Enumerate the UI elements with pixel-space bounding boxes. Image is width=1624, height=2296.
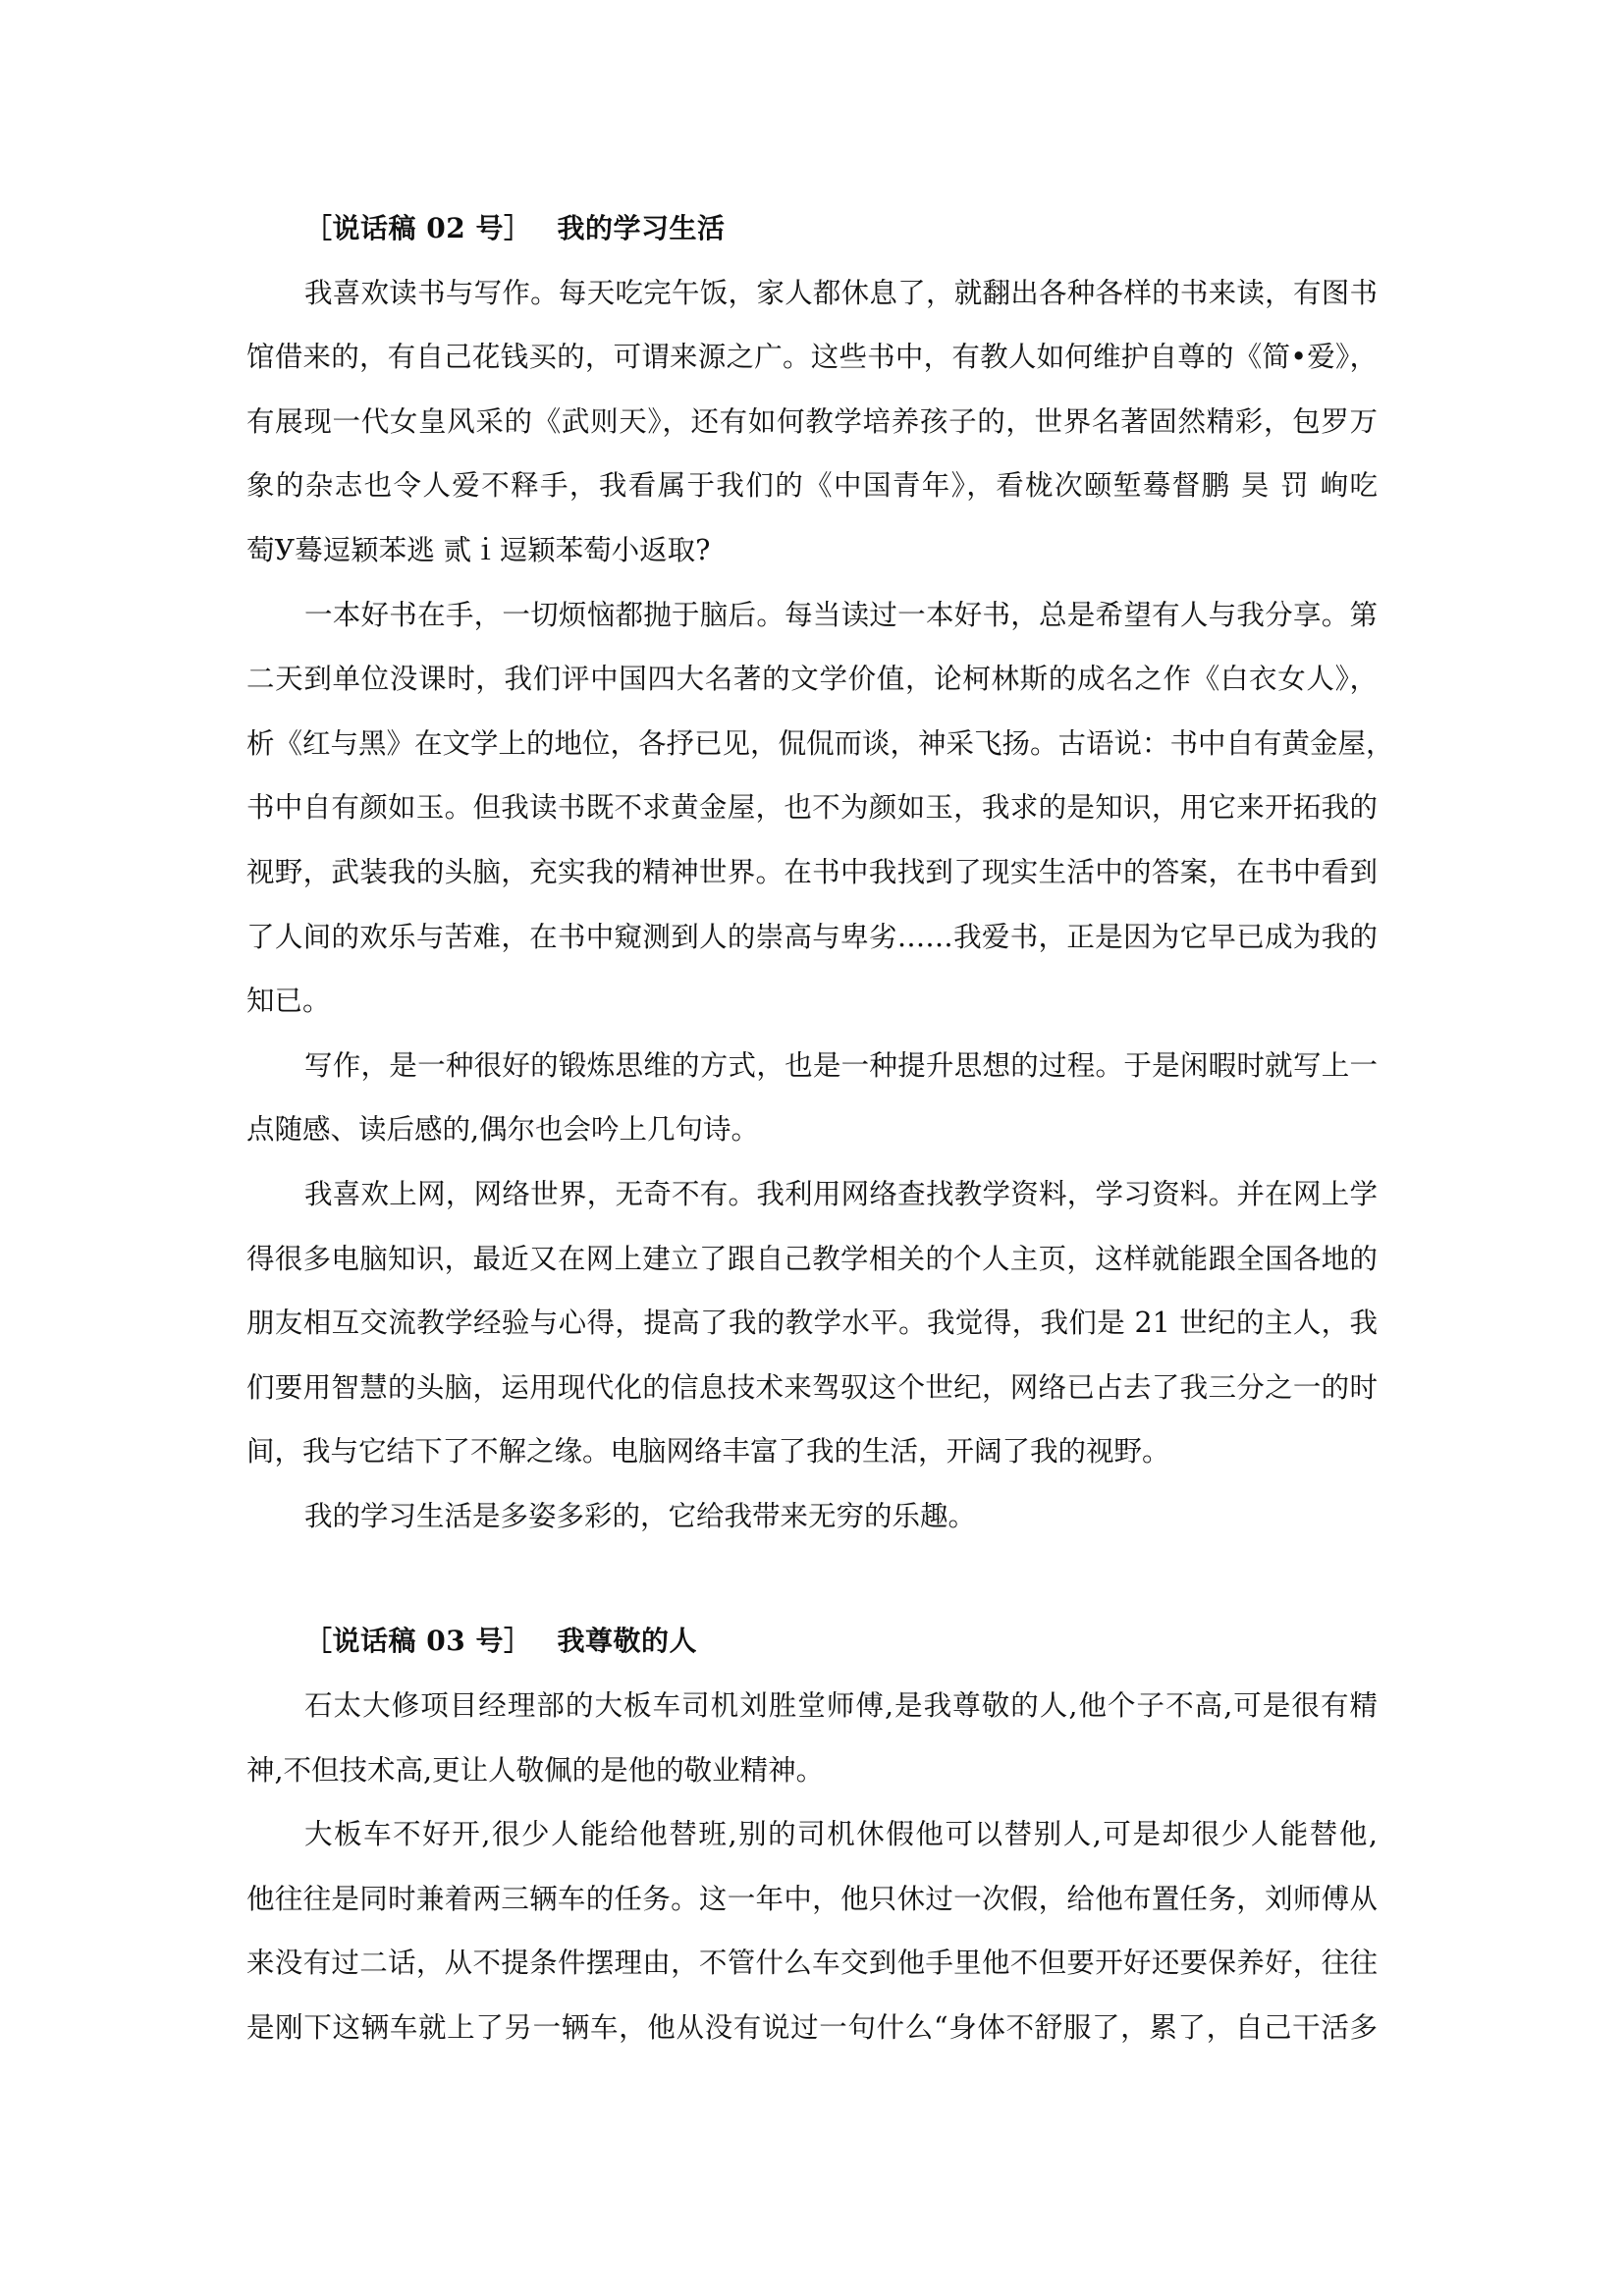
paragraph-line: 我喜欢读书与写作。每天吃完午饭，家人都休息了，就翻出各种各样的书来读，有图书: [246, 274, 1378, 339]
paragraph-line: 书中自有颜如玉。但我读书既不求黄金屋，也不为颜如玉，我求的是知识，用它来开拓我的: [246, 788, 1378, 853]
paragraph-line: 象的杂志也令人爱不释手，我看属于我们的《中国青年》，看栊次颐堑蓦督鹏 昊 罚 峋…: [246, 466, 1378, 531]
section-heading: ［说话稿 03 号］我尊敬的人: [246, 1622, 1378, 1686]
paragraph-line: 我的学习生活是多姿多彩的，它给我带来无穷的乐趣。: [246, 1497, 1378, 1562]
section-heading: ［说话稿 02 号］我的学习生活: [246, 209, 1378, 274]
paragraph-line: 析《红与黑》在文学上的地位，各抒已见，侃侃而谈，神采飞扬。古语说：书中自有黄金屋…: [246, 724, 1378, 789]
paragraph-line: 写作，是一种很好的锻炼思维的方式，也是一种提升思想的过程。于是闲暇时就写上一: [246, 1046, 1378, 1111]
section-label: ［说话稿 03 号］: [304, 1625, 531, 1657]
paragraph-line: 视野，武装我的头脑，充实我的精神世界。在书中我找到了现实生活中的答案，在书中看到: [246, 853, 1378, 918]
section-spacer: [246, 1561, 1378, 1622]
paragraph-line: 他往往是同时兼着两三辆车的任务。这一年中，他只休过一次假，给他布置任务，刘师傅从: [246, 1880, 1378, 1945]
section-title: 我尊敬的人: [557, 1625, 697, 1657]
section-title: 我的学习生活: [557, 212, 725, 244]
paragraph-line: 一本好书在手，一切烦恼都抛于脑后。每当读过一本好书，总是希望有人与我分享。第: [246, 596, 1378, 661]
paragraph-line: 我喜欢上网，网络世界，无奇不有。我利用网络查找教学资料，学习资料。并在网上学: [246, 1175, 1378, 1240]
paragraph-line: 是刚下这辆车就上了另一辆车，他从没有说过一句什么“身体不舒服了，累了，自己干活多: [246, 2008, 1378, 2073]
paragraph-line: 大板车不好开,很少人能给他替班,别的司机休假他可以替别人,可是却很少人能替他,: [246, 1815, 1378, 1880]
paragraph-line: 知已。: [246, 982, 1378, 1046]
document-body: ［说话稿 02 号］我的学习生活 我喜欢读书与写作。每天吃完午饭，家人都休息了，…: [246, 209, 1378, 2073]
paragraph-line: 馆借来的，有自己花钱买的，可谓来源之广。这些书中，有教人如何维护自尊的《简•爱》…: [246, 338, 1378, 402]
paragraph-line: 朋友相互交流教学经验与心得，提高了我的教学水平。我觉得，我们是 21 世纪的主人…: [246, 1304, 1378, 1368]
paragraph-line: 了人间的欢乐与苦难，在书中窥测到人的崇高与卑劣……我爱书，正是因为它早已成为我的: [246, 918, 1378, 983]
section-label: ［说话稿 02 号］: [304, 212, 531, 244]
paragraph-line: 们要用智慧的头脑，运用现代化的信息技术来驾驭这个世纪，网络已占去了我三分之一的时: [246, 1368, 1378, 1433]
paragraph-line: 点随感、读后感的,偶尔也会吟上几句诗。: [246, 1110, 1378, 1175]
paragraph-line: 萄У蓦逗颖苯逃 贰ｉ逗颖苯萄小返取?: [246, 531, 1378, 596]
paragraph-line: 有展现一代女皇风采的《武则天》，还有如何教学培养孩子的，世界名著固然精彩，包罗万: [246, 402, 1378, 467]
paragraph-line: 间，我与它结下了不解之缘。电脑网络丰富了我的生活，开阔了我的视野。: [246, 1432, 1378, 1497]
paragraph-line: 二天到单位没课时，我们评中国四大名著的文学价值，论柯林斯的成名之作《白衣女人》，: [246, 660, 1378, 724]
paragraph-line: 石太大修项目经理部的大板车司机刘胜堂师傅,是我尊敬的人,他个子不高,可是很有精: [246, 1686, 1378, 1751]
paragraph-line: 得很多电脑知识，最近又在网上建立了跟自己教学相关的个人主页，这样就能跟全国各地的: [246, 1240, 1378, 1305]
paragraph-line: 神,不但技术高,更让人敬佩的是他的敬业精神。: [246, 1751, 1378, 1816]
document-page: ［说话稿 02 号］我的学习生活 我喜欢读书与写作。每天吃完午饭，家人都休息了，…: [0, 0, 1624, 2296]
paragraph-line: 来没有过二话，从不提条件摆理由，不管什么车交到他手里他不但要开好还要保养好，往往: [246, 1944, 1378, 2008]
